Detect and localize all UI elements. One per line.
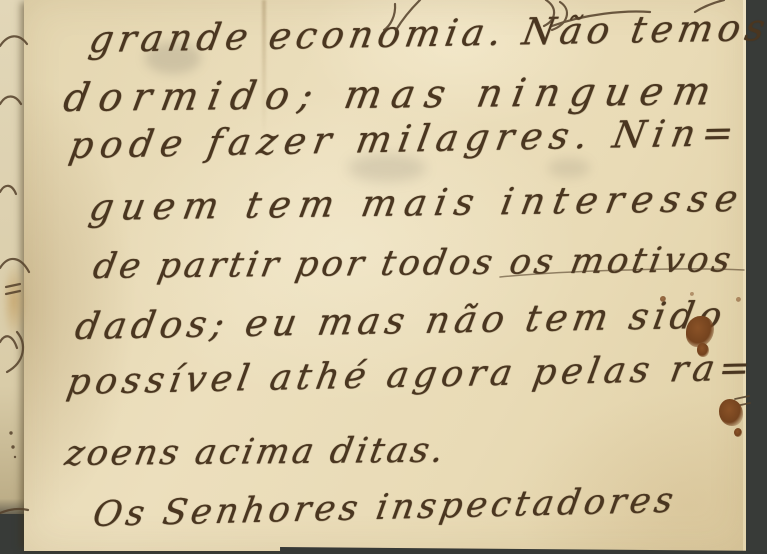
letter-scan: grande economia. Não temos dormido; mas …: [0, 0, 767, 554]
ink-blot: [734, 428, 742, 437]
underlying-page-edge: [0, 0, 27, 514]
ink-speck: [690, 292, 694, 296]
ink-speck: [660, 296, 666, 302]
page-right-edge: [743, 0, 746, 554]
ink-blot: [719, 399, 743, 426]
fold-stain: [2, 262, 26, 340]
handwriting-line-5: de partir por todos os motivos: [90, 240, 737, 287]
ink-speck: [736, 297, 741, 302]
ink-blot: [697, 343, 709, 357]
handwriting-line-8: zoens acima ditas.: [62, 431, 450, 474]
ink-smudge: [548, 158, 590, 178]
